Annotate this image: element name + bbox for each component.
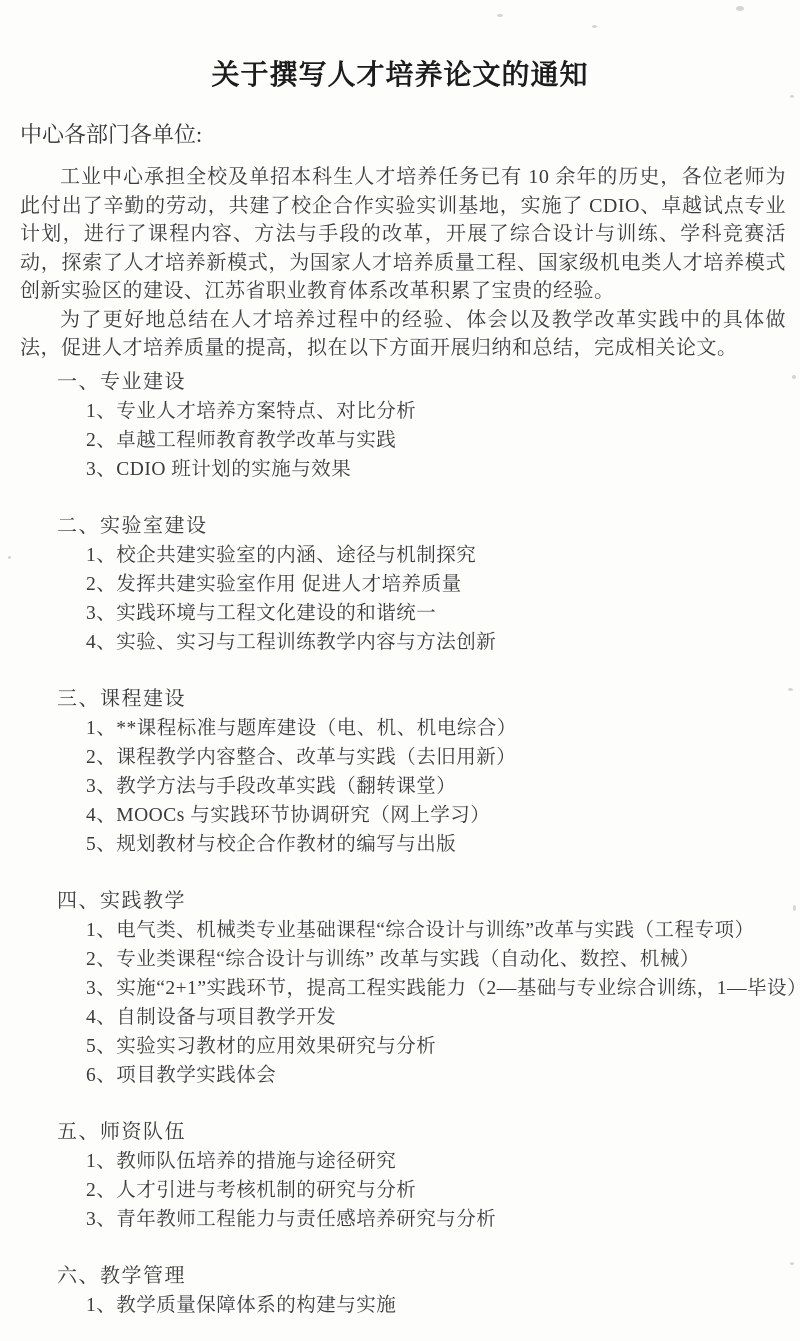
section-item: 2、发挥共建实验室作用 促进人才培养质量 (86, 570, 800, 599)
section-item: 1、电气类、机械类专业基础课程“综合设计与训练”改革与实践（工程专项） (86, 916, 800, 945)
section-item: 5、规划教材与校企合作教材的编写与出版 (86, 830, 800, 859)
section-item: 3、实践环境与工程文化建设的和谐统一 (86, 599, 800, 628)
section-item: 4、自制设备与项目教学开发 (86, 1003, 800, 1032)
section-item: 3、CDIO 班计划的实施与效果 (86, 455, 800, 484)
salutation-line: 中心各部门各单位: (20, 120, 800, 150)
outline-section: 三、课程建设1、**课程标准与题库建设（电、机、机电综合）2、课程教学内容整合、… (0, 685, 800, 859)
section-heading: 三、课程建设 (57, 685, 800, 714)
scan-speckle (497, 14, 503, 17)
section-item: 1、教学质量保障体系的构建与实施 (86, 1291, 800, 1320)
scan-speckle (592, 25, 597, 28)
section-heading: 一、专业建设 (57, 368, 800, 397)
outline-section: 六、教学管理1、教学质量保障体系的构建与实施 (0, 1262, 800, 1320)
scan-speckle (790, 95, 794, 98)
section-item: 1、校企共建实验室的内涵、途径与机制探究 (86, 541, 800, 570)
section-heading: 五、师资队伍 (57, 1118, 800, 1147)
scanned-notice-page: 关于撰写人才培养论文的通知 中心各部门各单位: 工业中心承担全校及单招本科生人才… (0, 0, 800, 1341)
section-item: 1、专业人才培养方案特点、对比分析 (86, 397, 800, 426)
section-heading: 二、实验室建设 (57, 512, 800, 541)
outline-sections: 一、专业建设1、专业人才培养方案特点、对比分析2、卓越工程师教育教学改革与实践3… (0, 368, 800, 1320)
outline-section: 四、实践教学1、电气类、机械类专业基础课程“综合设计与训练”改革与实践（工程专项… (0, 887, 800, 1090)
section-item: 4、实验、实习与工程训练教学内容与方法创新 (86, 628, 800, 657)
section-item: 2、卓越工程师教育教学改革与实践 (86, 426, 800, 455)
section-item: 2、人才引进与考核机制的研究与分析 (86, 1176, 800, 1205)
section-item: 2、专业类课程“综合设计与训练” 改革与实践（自动化、数控、机械） (86, 945, 800, 974)
section-item: 1、**课程标准与题库建设（电、机、机电综合） (86, 714, 800, 743)
body-paragraph: 为了更好地总结在人才培养过程中的经验、体会以及教学改革实践中的具体做法，促进人才… (20, 306, 786, 363)
scan-speckle (792, 375, 796, 379)
section-item: 2、课程教学内容整合、改革与实践（去旧用新） (86, 743, 800, 772)
scan-speckle (790, 1262, 794, 1265)
section-heading: 六、教学管理 (57, 1262, 800, 1291)
section-item: 3、实施“2+1”实践环节，提高工程实践能力（2—基础与专业综合训练，1—毕设） (86, 974, 800, 1003)
scan-speckle (736, 6, 744, 11)
outline-section: 五、师资队伍1、教师队伍培养的措施与途径研究2、人才引进与考核机制的研究与分析3… (0, 1118, 800, 1234)
section-item: 1、教师队伍培养的措施与途径研究 (86, 1147, 800, 1176)
scan-speckle (788, 688, 793, 691)
document-title: 关于撰写人才培养论文的通知 (0, 0, 800, 96)
body-paragraph: 工业中心承担全校及单招本科生人才培养任务已有 10 余年的历史，各位老师为此付出… (20, 163, 786, 306)
section-item: 3、教学方法与手段改革实践（翻转课堂） (86, 772, 800, 801)
outline-section: 二、实验室建设1、校企共建实验室的内涵、途径与机制探究2、发挥共建实验室作用 促… (0, 512, 800, 657)
scan-speckle (793, 905, 796, 911)
outline-section: 一、专业建设1、专业人才培养方案特点、对比分析2、卓越工程师教育教学改革与实践3… (0, 368, 800, 484)
section-item: 3、青年教师工程能力与责任感培养研究与分析 (86, 1205, 800, 1234)
section-item: 6、项目教学实践体会 (86, 1061, 800, 1090)
section-item: 5、实验实习教材的应用效果研究与分析 (86, 1032, 800, 1061)
section-heading: 四、实践教学 (57, 887, 800, 916)
section-item: 4、MOOCs 与实践环节协调研究（网上学习） (86, 801, 800, 830)
scan-speckle (8, 556, 11, 559)
